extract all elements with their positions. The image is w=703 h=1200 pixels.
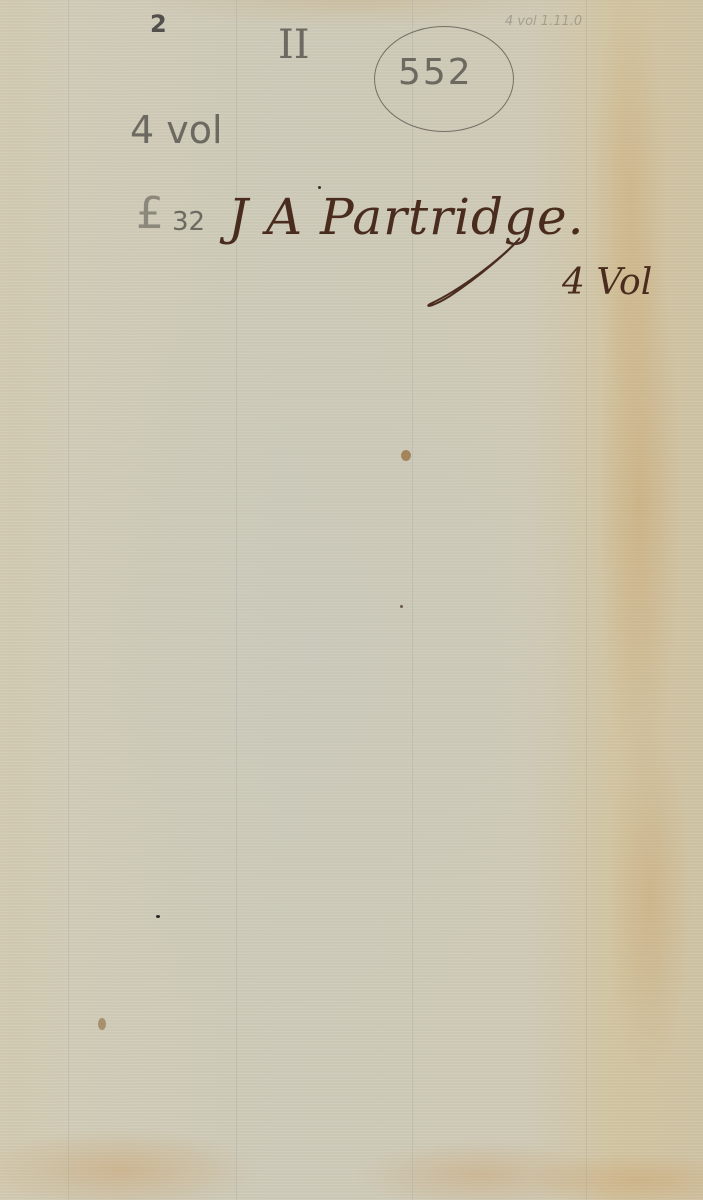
ink-flourish xyxy=(420,230,530,310)
pencil-roman-numeral: II xyxy=(278,22,310,68)
ink-dot xyxy=(156,915,160,918)
foxing-spot xyxy=(98,1018,106,1030)
pencil-volumes-note: 4 vol xyxy=(130,108,223,152)
pencil-pound-symbol: £ xyxy=(136,188,164,239)
chain-line xyxy=(236,0,237,1200)
ink-volume-count: 4 Vol xyxy=(562,262,652,303)
ink-owner-name: J A Partridge. xyxy=(228,188,585,246)
pencil-faint-note: 4 vol 1.11.0 xyxy=(505,14,582,29)
pencil-circled-number: 552 xyxy=(398,52,473,93)
ink-dot xyxy=(400,605,403,608)
chain-line xyxy=(68,0,69,1200)
chain-line xyxy=(412,0,413,1200)
pencil-price-note: 32 xyxy=(172,207,205,237)
chain-line xyxy=(586,0,587,1200)
pencil-number-2: 2 xyxy=(150,10,167,38)
document-page: 2 II 552 4 vol £ 32 4 vol 1.11.0 J A Par… xyxy=(0,0,703,1200)
foxing-spot xyxy=(401,450,411,461)
